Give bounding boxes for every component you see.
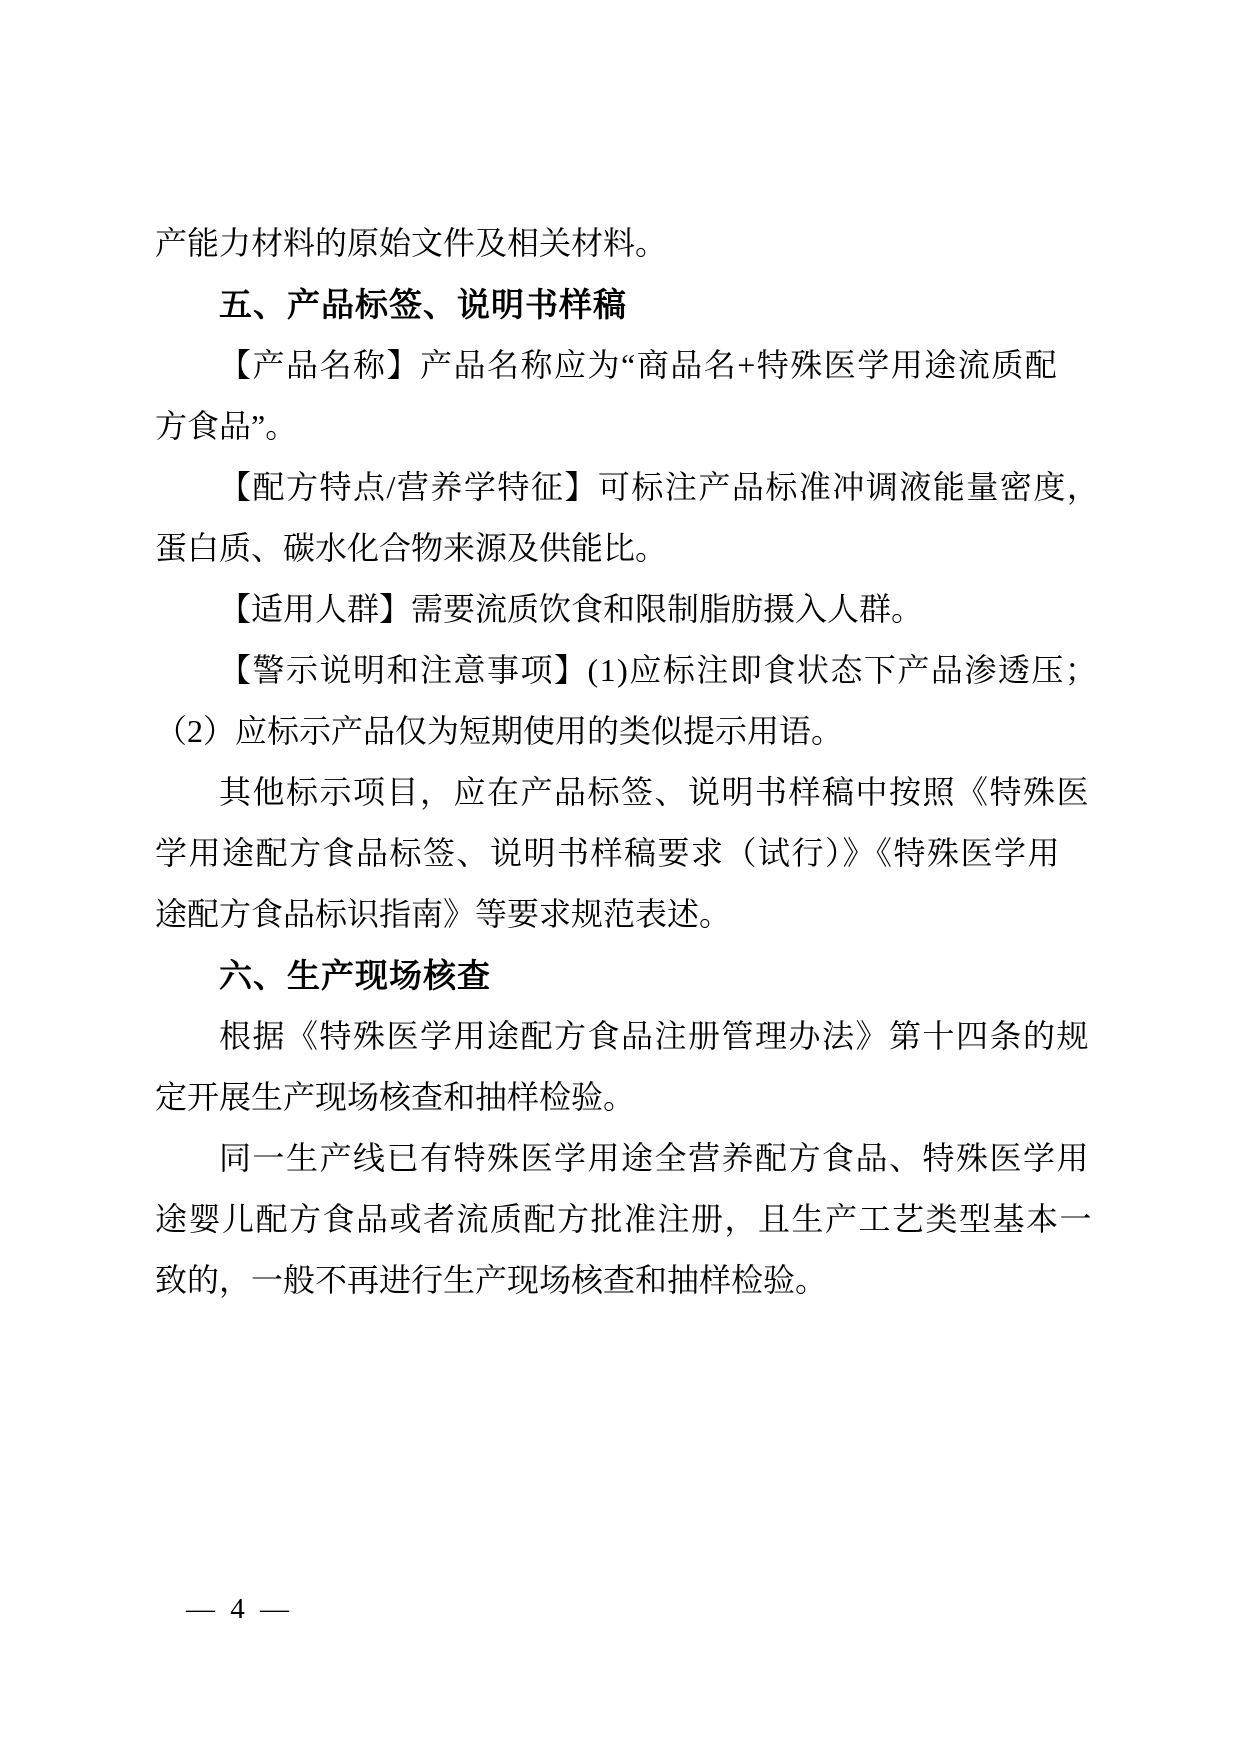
body-line: 【适用人群】需要流质饮食和限制脂肪摄入人群。: [155, 579, 1087, 640]
body-line: （2）应标示产品仅为短期使用的类似提示用语。: [155, 701, 1087, 762]
document-body: 产能力材料的原始文件及相关材料。 五、产品标签、说明书样稿 【产品名称】产品名称…: [155, 213, 1087, 1311]
page-number: — 4 —: [186, 1593, 293, 1625]
body-line: 途婴儿配方食品或者流质配方批准注册，且生产工艺类型基本一: [155, 1189, 1087, 1250]
body-line: 【配方特点/营养学特征】可标注产品标准冲调液能量密度，: [155, 457, 1087, 518]
body-line: 致的，一般不再进行生产现场核查和抽样检验。: [155, 1250, 1087, 1311]
document-page: 产能力材料的原始文件及相关材料。 五、产品标签、说明书样稿 【产品名称】产品名称…: [0, 0, 1241, 1755]
body-line: 方食品”。: [155, 396, 1087, 457]
section-6-heading: 六、生产现场核查: [155, 945, 1087, 1006]
body-line: 途配方食品标识指南》等要求规范表述。: [155, 884, 1087, 945]
body-line: 根据《特殊医学用途配方食品注册管理办法》第十四条的规: [155, 1006, 1087, 1067]
body-line: 其他标示项目，应在产品标签、说明书样稿中按照《特殊医: [155, 762, 1087, 823]
body-line: 同一生产线已有特殊医学用途全营养配方食品、特殊医学用: [155, 1128, 1087, 1189]
body-line: 学用途配方食品标签、说明书样稿要求（试行）》《特殊医学用: [155, 823, 1087, 884]
body-line: 【产品名称】产品名称应为“商品名+特殊医学用途流质配: [155, 335, 1087, 396]
section-5-heading: 五、产品标签、说明书样稿: [155, 274, 1087, 335]
page-footer: — 4 —: [186, 1592, 293, 1626]
body-line: 产能力材料的原始文件及相关材料。: [155, 213, 1087, 274]
body-line: 蛋白质、碳水化合物来源及供能比。: [155, 518, 1087, 579]
body-line: 定开展生产现场核查和抽样检验。: [155, 1067, 1087, 1128]
body-line: 【警示说明和注意事项】(1)应标注即食状态下产品渗透压；: [155, 640, 1087, 701]
